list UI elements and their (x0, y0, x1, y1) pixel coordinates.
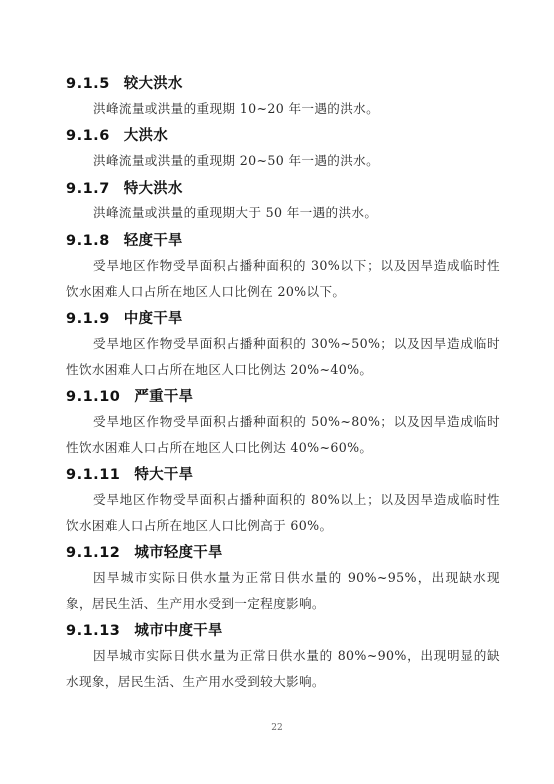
section-body: 洪峰流量或洪量的重现期 20~50 年一遇的洪水。 (66, 148, 500, 174)
section-number: 9.1.11 (66, 467, 120, 483)
section-title: 特大干旱 (134, 467, 193, 483)
section-body: 因旱城市实际日供水量为正常日供水量的 80%~90%，出现明显的缺水现象，居民生… (66, 643, 500, 695)
section-body: 受旱地区作物受旱面积占播种面积的 80%以上；以及因旱造成临时性饮水困难人口占所… (66, 487, 500, 539)
section-body: 因旱城市实际日供水量为正常日供水量的 90%~95%，出现缺水现象，居民生活、生… (66, 565, 500, 617)
section-number: 9.1.6 (66, 128, 110, 144)
section-title: 中度干旱 (124, 311, 183, 327)
section-number: 9.1.7 (66, 181, 110, 197)
section-title: 较大洪水 (124, 76, 183, 92)
section-number: 9.1.13 (66, 623, 120, 639)
section-number: 9.1.8 (66, 233, 110, 249)
section-heading: 9.1.6大洪水 (66, 124, 168, 145)
section-body: 洪峰流量或洪量的重现期 10~20 年一遇的洪水。 (66, 96, 500, 122)
section-body: 受旱地区作物受旱面积占播种面积的 30%以下；以及因旱造成临时性饮水困难人口占所… (66, 253, 500, 305)
section-title: 城市轻度干旱 (134, 545, 222, 561)
section-title: 轻度干旱 (124, 233, 183, 249)
section-title: 城市中度干旱 (134, 623, 222, 639)
section-title: 特大洪水 (124, 181, 183, 197)
page-number: 22 (0, 723, 554, 733)
section-heading: 9.1.10严重干旱 (66, 385, 193, 406)
section-heading: 9.1.9中度干旱 (66, 307, 183, 328)
section-body: 受旱地区作物受旱面积占播种面积的 30%~50%；以及因旱造成临时性饮水困难人口… (66, 331, 500, 383)
section-heading: 9.1.12城市轻度干旱 (66, 541, 223, 562)
section-number: 9.1.12 (66, 545, 120, 561)
section-title: 严重干旱 (134, 389, 193, 405)
section-number: 9.1.5 (66, 76, 110, 92)
section-heading: 9.1.13城市中度干旱 (66, 619, 223, 640)
section-body: 洪峰流量或洪量的重现期大于 50 年一遇的洪水。 (66, 200, 500, 226)
section-heading: 9.1.5较大洪水 (66, 72, 183, 93)
section-number: 9.1.10 (66, 389, 120, 405)
section-heading: 9.1.7特大洪水 (66, 177, 183, 198)
section-heading: 9.1.8轻度干旱 (66, 229, 183, 250)
section-heading: 9.1.11特大干旱 (66, 463, 193, 484)
section-number: 9.1.9 (66, 311, 110, 327)
section-title: 大洪水 (124, 128, 168, 144)
document-page: 9.1.5较大洪水 洪峰流量或洪量的重现期 10~20 年一遇的洪水。 9.1.… (0, 0, 554, 784)
section-body: 受旱地区作物受旱面积占播种面积的 50%~80%；以及因旱造成临时性饮水困难人口… (66, 409, 500, 461)
